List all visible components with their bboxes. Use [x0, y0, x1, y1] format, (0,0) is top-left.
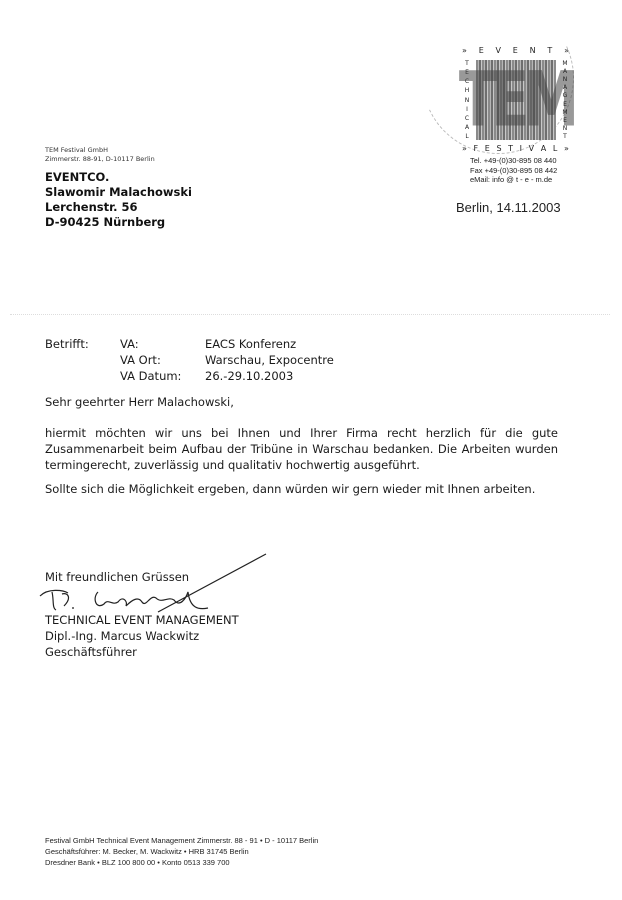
- sender-address: TEM Festival GmbH Zimmerstr. 88-91, D-10…: [45, 146, 155, 164]
- recipient-street: Lerchenstr. 56: [45, 200, 192, 215]
- signer-name: Dipl.-Ing. Marcus Wackwitz: [45, 628, 239, 644]
- sender-line2: Zimmerstr. 88-91, D-10117 Berlin: [45, 155, 155, 164]
- logo-letter: F: [474, 144, 480, 153]
- letter-footer: Festival GmbH Technical Event Management…: [45, 835, 318, 868]
- footer-line1: Festival GmbH Technical Event Management…: [45, 835, 318, 846]
- logo-bottom-text: »FESTIVAL»: [462, 144, 570, 153]
- logo-letter: V: [529, 144, 535, 153]
- subject-row: VA Datum:26.-29.10.2003: [120, 368, 293, 384]
- subject-label: Betrifft:: [45, 336, 89, 352]
- footer-line2: Geschäftsführer: M. Becker, M. Wackwitz …: [45, 846, 318, 857]
- salutation: Sehr geehrter Herr Malachowski,: [45, 395, 234, 409]
- logo-letter: »: [564, 144, 570, 153]
- logo-letter: »: [462, 144, 468, 153]
- logo-letter: A: [563, 84, 567, 91]
- footer-line3: Dresdner Bank • BLZ 100 800 00 • Konto 0…: [45, 857, 318, 868]
- contact-email: eMail: info @ t - e - m.de: [470, 175, 557, 185]
- logo-letter: A: [541, 144, 547, 153]
- subject-value: EACS Konferenz: [205, 337, 296, 351]
- contact-tel: Tel. +49-(0)30-895 08 440: [470, 156, 557, 166]
- logo-letter: M: [562, 109, 567, 116]
- logo-letter: M: [562, 60, 567, 67]
- recipient-name: Slawomir Malachowski: [45, 185, 192, 200]
- recipient-address: EVENTCO. Slawomir Malachowski Lerchenstr…: [45, 170, 192, 230]
- logo-letter: G: [563, 92, 568, 99]
- letter-date: Berlin, 14.11.2003: [456, 200, 561, 215]
- subject-key: VA:: [120, 336, 205, 352]
- logo-letter: E: [563, 117, 567, 124]
- logo-letter: »: [564, 46, 570, 55]
- logo-right-text: MANAGEMENT: [560, 60, 570, 140]
- logo-tem-block: TEM: [476, 60, 556, 140]
- signature-block: TECHNICAL EVENT MANAGEMENT Dipl.-Ing. Ma…: [45, 612, 239, 660]
- subject-key: VA Datum:: [120, 368, 205, 384]
- logo-letter: E: [563, 101, 567, 108]
- fold-mark-line: [10, 314, 610, 315]
- signer-title: Geschäftsführer: [45, 644, 239, 660]
- signer-company: TECHNICAL EVENT MANAGEMENT: [45, 612, 239, 628]
- logo-letter: N: [563, 76, 568, 83]
- recipient-city: D-90425 Nürnberg: [45, 215, 192, 230]
- logo-letters: TEM: [476, 46, 556, 154]
- logo-letter: T: [563, 133, 567, 140]
- logo-letter: A: [563, 68, 567, 75]
- sender-line1: TEM Festival GmbH: [45, 146, 155, 155]
- logo-letter: N: [563, 125, 568, 132]
- subject-value: 26.-29.10.2003: [205, 369, 293, 383]
- handwritten-signature: [38, 548, 268, 618]
- body-paragraph-1: hiermit möchten wir uns bei Ihnen und Ih…: [45, 425, 558, 473]
- subject-row: VA Ort:Warschau, Expocentre: [120, 352, 334, 368]
- logo-letter: »: [462, 46, 468, 55]
- company-logo: »EVENT» TECHNICAL TEM MANAGEMENT »FESTIV…: [462, 46, 570, 156]
- logo-letter: S: [496, 144, 502, 153]
- subject-value: Warschau, Expocentre: [205, 353, 334, 367]
- recipient-company: EVENTCO.: [45, 170, 192, 185]
- logo-letter: E: [485, 144, 491, 153]
- body-paragraph-2: Sollte sich die Möglichkeit ergeben, dan…: [45, 482, 535, 496]
- subject-key: VA Ort:: [120, 352, 205, 368]
- contact-fax: Fax +49-(0)30-895 08 442: [470, 166, 557, 176]
- contact-block: Tel. +49-(0)30-895 08 440 Fax +49-(0)30-…: [470, 156, 557, 185]
- logo-letter: T: [508, 144, 514, 153]
- subject-row: VA:EACS Konferenz: [120, 336, 296, 352]
- logo-letter: L: [553, 144, 558, 153]
- logo-letter: I: [520, 144, 523, 153]
